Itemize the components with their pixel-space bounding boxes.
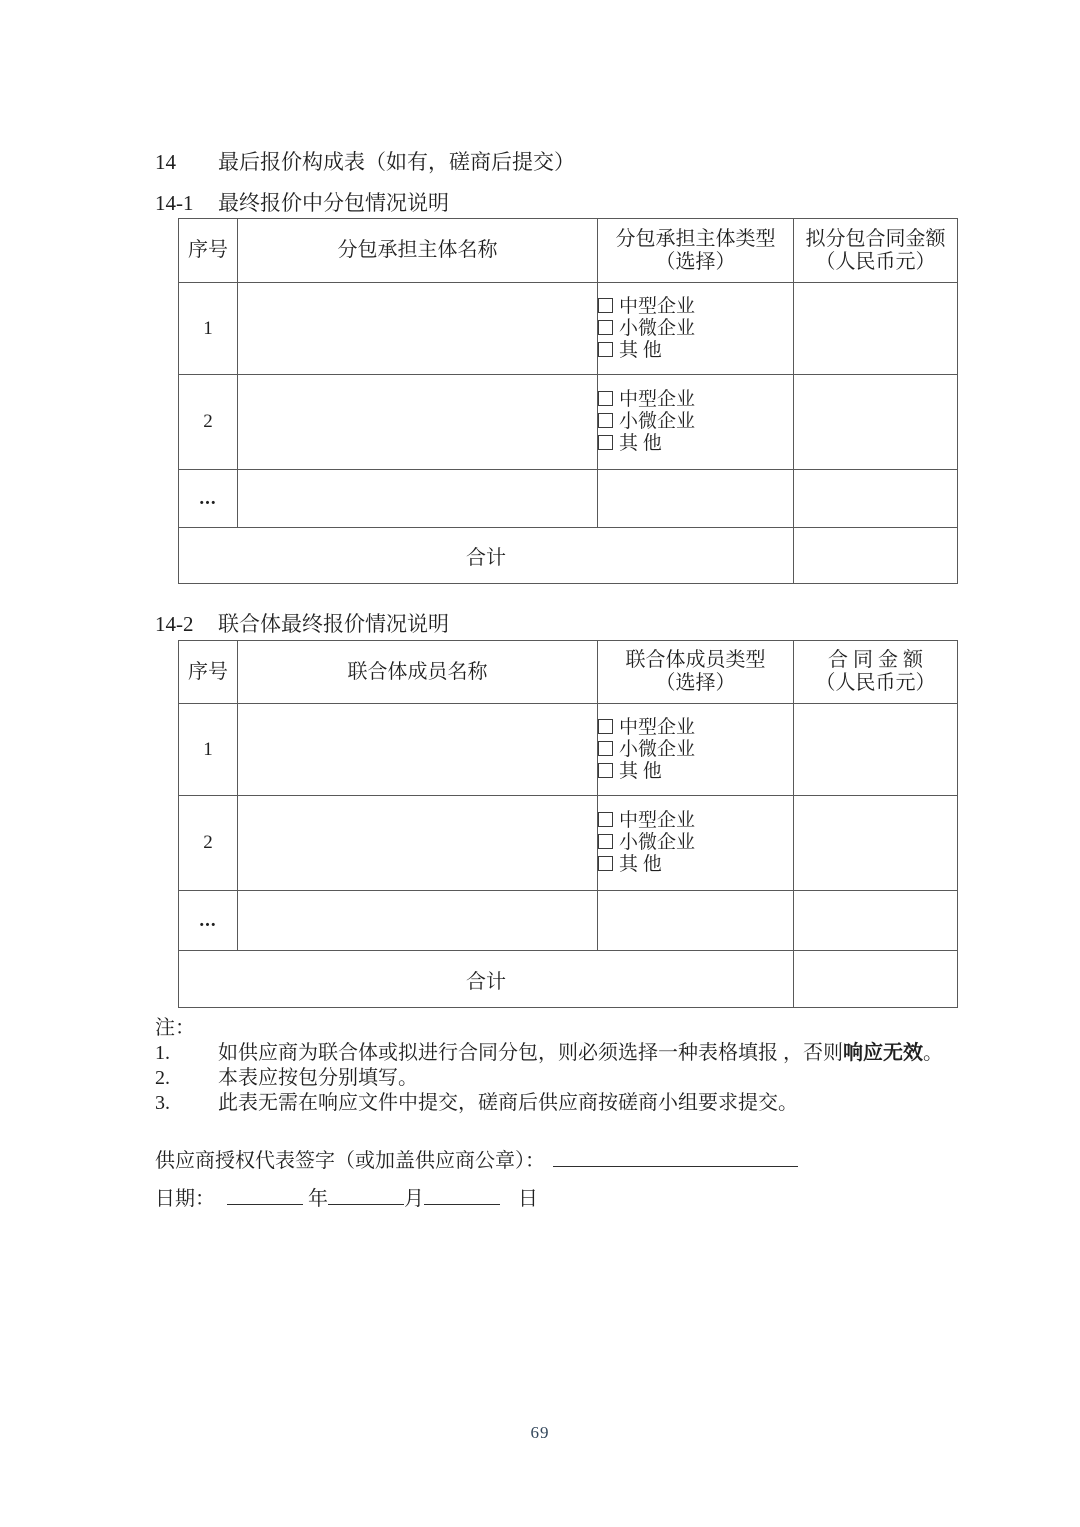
name-input-cell [238, 796, 598, 891]
checkbox-option-other[interactable]: 其 他 [598, 761, 793, 783]
checkbox-label: 中型企业 [619, 389, 695, 410]
checkbox-option-other[interactable]: 其 他 [598, 433, 793, 455]
col-header-amount: 拟分包合同金额 （人民币元） [794, 219, 958, 283]
subsection-heading-14-1: 14-1 最终报价中分包情况说明 [155, 191, 449, 215]
notes-label: 注： [155, 1016, 943, 1041]
checkbox-icon[interactable] [598, 719, 613, 734]
subsection-number: 14-2 [155, 612, 218, 636]
checkbox-option-medium[interactable]: 中型企业 [598, 717, 793, 739]
checkbox-label: 小微企业 [619, 411, 695, 432]
table-header-row: 序号 分包承担主体名称 分包承担主体类型 （选择） 拟分包合同金额 （人民币元） [179, 219, 958, 283]
checkbox-option-medium[interactable]: 中型企业 [598, 296, 793, 318]
checkbox-icon[interactable] [598, 413, 613, 428]
checkbox-icon[interactable] [598, 320, 613, 335]
amount-input-cell [794, 375, 958, 470]
note-text-normal: 如供应商为联合体或拟进行合同分包，则必须选择一种表格填报 ，否则 [218, 1042, 843, 1064]
checkbox-icon[interactable] [598, 391, 613, 406]
table-row: 2 中型企业 小微企业 其 他 [179, 796, 958, 891]
subsection-heading-14-2: 14-2 联合体最终报价情况说明 [155, 612, 449, 636]
section-number: 14 [155, 150, 218, 174]
seq-cell: 1 [179, 704, 238, 796]
type-select-cell [598, 470, 794, 528]
table-row: ... [179, 470, 958, 528]
subsection-title: 最终报价中分包情况说明 [218, 191, 449, 215]
col-header-seq: 序号 [179, 219, 238, 283]
table-total-row: 合计 [179, 528, 958, 584]
col-header-name: 分包承担主体名称 [238, 219, 598, 283]
date-label: 日期： [155, 1188, 215, 1210]
checkbox-icon[interactable] [598, 298, 613, 313]
seq-cell: ... [179, 470, 238, 528]
seq-cell: 2 [179, 375, 238, 470]
signature-label: 供应商授权代表签字（或加盖供应商公章）： [155, 1150, 545, 1172]
checkbox-option-small[interactable]: 小微企业 [598, 318, 793, 340]
date-line: 日期： 年月日 [155, 1182, 538, 1211]
note-item-2: 2. 本表应按包分别填写。 [155, 1066, 943, 1091]
col-header-type: 联合体成员类型 （选择） [598, 641, 794, 704]
checkbox-option-small[interactable]: 小微企业 [598, 739, 793, 761]
col-header-type-line1: 联合体成员类型 [598, 649, 793, 672]
signature-line: 供应商授权代表签字（或加盖供应商公章）： [155, 1144, 798, 1173]
col-header-seq: 序号 [179, 641, 238, 704]
amount-input-cell [794, 704, 958, 796]
type-select-cell: 中型企业 小微企业 其 他 [598, 283, 794, 375]
note-text: 如供应商为联合体或拟进行合同分包，则必须选择一种表格填报 ，否则响应无效。 [218, 1041, 943, 1066]
name-input-cell [238, 704, 598, 796]
checkbox-option-small[interactable]: 小微企业 [598, 411, 793, 433]
checkbox-icon[interactable] [598, 834, 613, 849]
table-row: ... [179, 891, 958, 951]
seq-cell: 1 [179, 283, 238, 375]
checkbox-option-small[interactable]: 小微企业 [598, 832, 793, 854]
col-header-amount-line2: （人民币元） [794, 672, 957, 695]
checkbox-option-medium[interactable]: 中型企业 [598, 389, 793, 411]
page-number: 69 [0, 1423, 1080, 1443]
checkbox-label: 其 他 [619, 340, 662, 361]
name-input-cell [238, 283, 598, 375]
col-header-amount-line1: 合 同 金 额 [794, 649, 957, 672]
col-header-type-line1: 分包承担主体类型 [598, 228, 793, 251]
total-label-cell: 合计 [179, 528, 794, 584]
checkbox-label: 中型企业 [619, 296, 695, 317]
note-number: 1. [155, 1041, 218, 1066]
year-label: 年 [308, 1188, 328, 1210]
amount-input-cell [794, 283, 958, 375]
checkbox-label: 小微企业 [619, 318, 695, 339]
col-header-amount-line2: （人民币元） [794, 251, 957, 274]
col-header-type-line2: （选择） [598, 251, 793, 274]
amount-input-cell [794, 891, 958, 951]
checkbox-label: 小微企业 [619, 832, 695, 853]
amount-input-cell [794, 796, 958, 891]
note-number: 3. [155, 1091, 218, 1116]
table-total-row: 合计 [179, 951, 958, 1008]
checkbox-icon[interactable] [598, 435, 613, 450]
note-text: 本表应按包分别填写。 [218, 1066, 418, 1091]
note-text: 此表无需在响应文件中提交，磋商后供应商按磋商小组要求提交。 [218, 1091, 798, 1116]
day-blank [424, 1186, 500, 1205]
notes-section: 注： 1. 如供应商为联合体或拟进行合同分包，则必须选择一种表格填报 ，否则响应… [155, 1016, 943, 1116]
checkbox-icon[interactable] [598, 763, 613, 778]
col-header-name: 联合体成员名称 [238, 641, 598, 704]
subcontract-table: 序号 分包承担主体名称 分包承担主体类型 （选择） 拟分包合同金额 （人民币元）… [178, 218, 958, 584]
table-row: 1 中型企业 小微企业 其 他 [179, 283, 958, 375]
checkbox-label: 小微企业 [619, 739, 695, 760]
signature-blank [553, 1148, 798, 1167]
total-label-cell: 合计 [179, 951, 794, 1008]
checkbox-label: 其 他 [619, 433, 662, 454]
type-select-cell: 中型企业 小微企业 其 他 [598, 375, 794, 470]
table-row: 1 中型企业 小微企业 其 他 [179, 704, 958, 796]
checkbox-icon[interactable] [598, 342, 613, 357]
total-amount-cell [794, 951, 958, 1008]
type-select-cell [598, 891, 794, 951]
col-header-amount-line1: 拟分包合同金额 [794, 228, 957, 251]
type-select-cell: 中型企业 小微企业 其 他 [598, 704, 794, 796]
checkbox-icon[interactable] [598, 812, 613, 827]
checkbox-option-other[interactable]: 其 他 [598, 854, 793, 876]
checkbox-label: 其 他 [619, 854, 662, 875]
amount-input-cell [794, 470, 958, 528]
checkbox-label: 中型企业 [619, 810, 695, 831]
total-amount-cell [794, 528, 958, 584]
col-header-type-line2: （选择） [598, 672, 793, 695]
section-heading: 14 最后报价构成表（如有，磋商后提交） [155, 150, 575, 174]
col-header-amount: 合 同 金 额 （人民币元） [794, 641, 958, 704]
name-input-cell [238, 375, 598, 470]
checkbox-icon[interactable] [598, 856, 613, 871]
col-header-type: 分包承担主体类型 （选择） [598, 219, 794, 283]
note-text-bold: 响应无效 [843, 1042, 923, 1064]
name-input-cell [238, 470, 598, 528]
checkbox-option-other[interactable]: 其 他 [598, 340, 793, 362]
note-number: 2. [155, 1066, 218, 1091]
subsection-title: 联合体最终报价情况说明 [218, 612, 449, 636]
seq-cell: 2 [179, 796, 238, 891]
year-blank [227, 1186, 303, 1205]
section-title: 最后报价构成表（如有，磋商后提交） [218, 150, 575, 174]
type-select-cell: 中型企业 小微企业 其 他 [598, 796, 794, 891]
month-label: 月 [404, 1188, 424, 1210]
consortium-table: 序号 联合体成员名称 联合体成员类型 （选择） 合 同 金 额 （人民币元） 1… [178, 640, 958, 1008]
checkbox-label: 中型企业 [619, 717, 695, 738]
note-item-3: 3. 此表无需在响应文件中提交，磋商后供应商按磋商小组要求提交。 [155, 1091, 943, 1116]
checkbox-label: 其 他 [619, 761, 662, 782]
checkbox-option-medium[interactable]: 中型企业 [598, 810, 793, 832]
table-row: 2 中型企业 小微企业 其 他 [179, 375, 958, 470]
table-header-row: 序号 联合体成员名称 联合体成员类型 （选择） 合 同 金 额 （人民币元） [179, 641, 958, 704]
name-input-cell [238, 891, 598, 951]
subsection-number: 14-1 [155, 191, 218, 215]
month-blank [328, 1186, 404, 1205]
day-label: 日 [518, 1188, 538, 1210]
note-text-end: 。 [923, 1042, 943, 1064]
seq-cell: ... [179, 891, 238, 951]
checkbox-icon[interactable] [598, 741, 613, 756]
document-page: 14 最后报价构成表（如有，磋商后提交） 14-1 最终报价中分包情况说明 序号… [0, 0, 1080, 1527]
note-item-1: 1. 如供应商为联合体或拟进行合同分包，则必须选择一种表格填报 ，否则响应无效。 [155, 1041, 943, 1066]
